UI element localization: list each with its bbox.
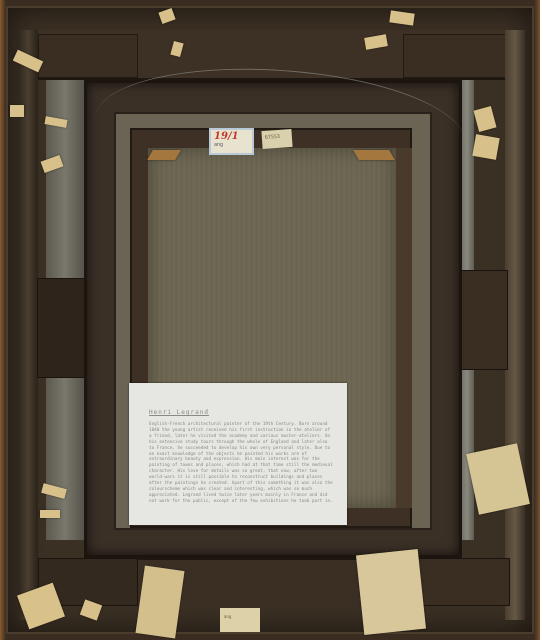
frame-right-rail	[505, 30, 525, 620]
sticker-printed-text: ang	[214, 142, 249, 148]
frame-top-left-block	[38, 34, 138, 78]
sticker-handwritten-number: 19/1	[214, 132, 249, 142]
paper-scrap	[10, 105, 24, 117]
label-body: English-French architectural painter of …	[149, 422, 333, 505]
newspaper-scrap	[356, 549, 426, 635]
bottom-paper-tag: ang	[220, 608, 260, 632]
painting-back-photo: 19/1 ang 67553 Henri Legrand English-Fre…	[0, 0, 540, 640]
paper-scrap	[472, 134, 499, 160]
frame-right-block	[458, 270, 508, 370]
label-title: Henri Legrand	[149, 409, 333, 416]
frame-left-block	[37, 278, 85, 378]
frame-bottom-right-block	[415, 558, 510, 606]
corner-key-right	[353, 150, 395, 160]
paper-scrap	[40, 510, 60, 518]
frame-left-rail	[18, 30, 38, 620]
number-tag: 67553	[261, 129, 292, 149]
stretcher-bar-right	[396, 148, 412, 508]
corner-key-left	[147, 150, 181, 160]
frame-top-right-block	[403, 34, 508, 78]
inventory-sticker: 19/1 ang	[209, 128, 254, 155]
typed-biography-label: Henri Legrand English-French architectur…	[129, 383, 347, 525]
